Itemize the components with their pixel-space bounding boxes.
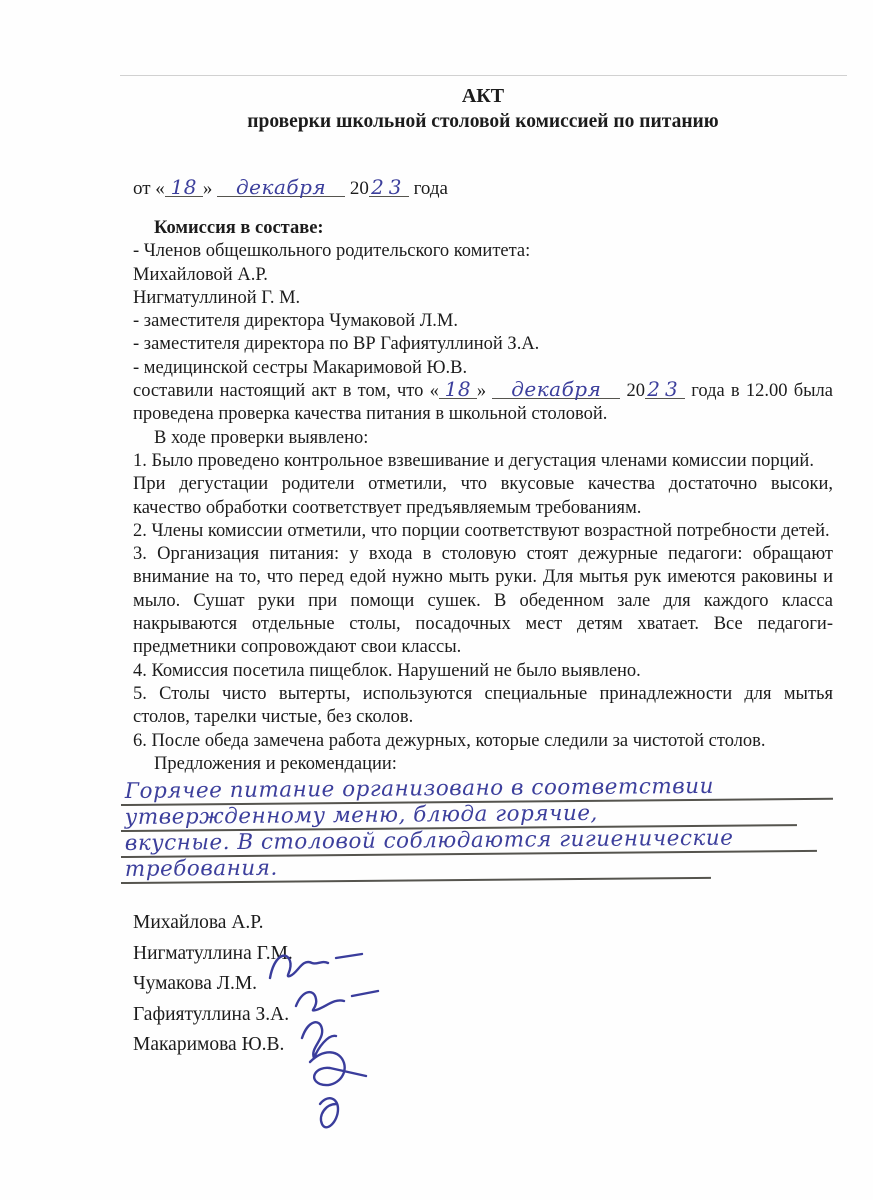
date-year-prefix: 20	[350, 178, 369, 199]
handwritten-month: декабря	[492, 380, 620, 399]
document-body: Комиссия в составе: - Членов общешкольно…	[133, 217, 833, 776]
commission-member: - Членов общешкольного родительского ком…	[133, 240, 833, 263]
act-year-prefix: 20	[627, 381, 646, 401]
handwritten-month: декабря	[217, 178, 345, 197]
scanned-document-page: АКТ проверки школьной столовой комиссией…	[0, 0, 873, 1200]
commission-member: - заместителя директора Чумаковой Л.М.	[133, 310, 833, 333]
act-statement-part1: составили настоящий акт в том, что «	[133, 381, 439, 401]
handwritten-note-line: вкусные. В столовой соблюдаются гигиенич…	[121, 827, 817, 858]
scan-artifact-line	[120, 75, 847, 76]
commission-member: Михайловой А.Р.	[133, 264, 833, 287]
handwritten-note: Горячее питание организовано в соответст…	[121, 781, 833, 884]
handwritten-day: 18	[165, 178, 203, 197]
finding-item: При дегустации родители отметили, что вк…	[133, 473, 833, 520]
signature-name: Чумакова Л.М.	[133, 969, 833, 1000]
signature-name: Макаримова Ю.В.	[133, 1030, 833, 1061]
handwritten-day: 18	[439, 380, 477, 399]
findings-heading: В ходе проверки выявлено:	[133, 427, 833, 450]
signature-name: Нигматуллина Г.М.	[133, 939, 833, 970]
document-subtitle: проверки школьной столовой комиссией по …	[133, 109, 833, 135]
recommendations-heading: Предложения и рекомендации:	[133, 753, 833, 776]
finding-item: 2. Члены комиссии отметили, что порции с…	[133, 520, 833, 543]
finding-item: 6. После обеда замечена работа дежурных,…	[133, 730, 833, 753]
finding-item: 3. Организация питания: у входа в столов…	[133, 543, 833, 659]
act-close-quote: »	[477, 381, 486, 401]
commission-heading: Комиссия в составе:	[133, 217, 833, 240]
finding-item: 4. Комиссия посетила пищеблок. Нарушений…	[133, 660, 833, 683]
signature-scribble	[320, 1098, 338, 1127]
handwritten-year: 23	[369, 178, 409, 197]
finding-item: 5. Столы чисто вытерты, используются спе…	[133, 683, 833, 730]
handwritten-year: 23	[645, 380, 685, 399]
date-close-quote: »	[203, 178, 213, 199]
act-statement: составили настоящий акт в том, что «18» …	[133, 380, 833, 427]
document-content: АКТ проверки школьной столовой комиссией…	[0, 0, 873, 1061]
commission-member: - заместителя директора по ВР Гафиятулли…	[133, 333, 833, 356]
signature-name: Гафиятуллина З.А.	[133, 1000, 833, 1031]
signature-block: Михайлова А.Р. Нигматуллина Г.М. Чумаков…	[133, 908, 833, 1061]
commission-member: Нигматуллиной Г. М.	[133, 287, 833, 310]
handwritten-note-line: требования.	[121, 854, 711, 884]
date-line: от «18» декабря 2023 года	[133, 178, 833, 200]
commission-member: - медицинской сестры Макаримовой Ю.В.	[133, 357, 833, 380]
signature-name: Михайлова А.Р.	[133, 908, 833, 939]
finding-item: 1. Было проведено контрольное взвешивани…	[133, 450, 833, 473]
date-prefix: от «	[133, 178, 165, 199]
date-suffix: года	[414, 178, 448, 199]
document-title: АКТ	[133, 83, 833, 109]
